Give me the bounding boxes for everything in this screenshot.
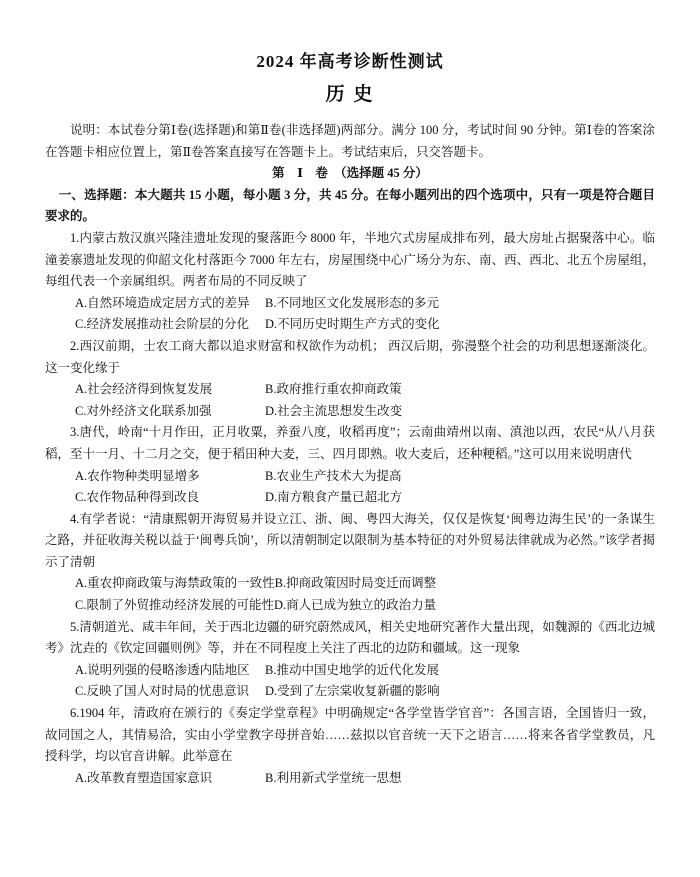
question-5-option-a: A.说明列强的侵略渗透内陆地区 bbox=[75, 660, 265, 682]
question-6-options: A.改革教育塑造国家意识B.利用新式学堂统一思想 bbox=[45, 768, 655, 790]
question-1: 1.内蒙古敖汉旗兴隆洼遗址发现的聚落距今 8000 年，半地穴式房屋成排布列，最… bbox=[45, 228, 655, 336]
question-4-option-d: D.商人已成为独立的政治力量 bbox=[274, 595, 436, 617]
option-row: C.反映了国人对时局的忧患意识D.受到了左宗棠收复新疆的影响 bbox=[75, 681, 655, 703]
question-6-option-a: A.改革教育塑造国家意识 bbox=[75, 768, 265, 790]
question-1-option-b: B.不同地区文化发展形态的多元 bbox=[265, 293, 439, 315]
question-5-option-b: B.推动中国史地学的近代化发展 bbox=[265, 660, 439, 682]
option-row: A.自然环境造成定居方式的差异B.不同地区文化发展形态的多元 bbox=[75, 293, 655, 315]
question-2-option-d: D.社会主流思想发生改变 bbox=[265, 401, 402, 423]
section-heading: 第 Ⅰ 卷 （选择题 45 分） bbox=[45, 163, 655, 185]
question-1-options: A.自然环境造成定居方式的差异B.不同地区文化发展形态的多元 C.经济发展推动社… bbox=[45, 293, 655, 336]
question-1-option-d: D.不同历史时期生产方式的变化 bbox=[265, 314, 440, 336]
option-row: C.对外经济文化联系加强D.社会主流思想发生改变 bbox=[75, 401, 655, 423]
option-row: A.改革教育塑造国家意识B.利用新式学堂统一思想 bbox=[75, 768, 655, 790]
question-4: 4.有学者说：“清康熙朝开海贸易并设立江、浙、闽、粤四大海关，仅仅是恢复‘闽粤边… bbox=[45, 509, 655, 617]
option-row: A.农作物种类明显增多B.农业生产技术大为提高 bbox=[75, 466, 655, 488]
question-4-option-b: B.抑商政策因时局变迁而调整 bbox=[275, 573, 436, 595]
question-1-option-c: C.经济发展推动社会阶层的分化 bbox=[75, 314, 265, 336]
exam-paper-page: 2024 年高考诊断性测试 历 史 说明：本试卷分第Ⅰ卷(选择题)和第Ⅱ卷(非选… bbox=[0, 0, 700, 877]
question-6-option-b: B.利用新式学堂统一思想 bbox=[265, 768, 401, 790]
question-3-options: A.农作物种类明显增多B.农业生产技术大为提高 C.农作物品种得到改良D.南方粮… bbox=[45, 466, 655, 509]
question-4-stem: 4.有学者说：“清康熙朝开海贸易并设立江、浙、闽、粤四大海关，仅仅是恢复‘闽粤边… bbox=[45, 509, 655, 574]
question-3-option-a: A.农作物种类明显增多 bbox=[75, 466, 265, 488]
exam-instructions: 说明：本试卷分第Ⅰ卷(选择题)和第Ⅱ卷(非选择题)两部分。满分 100 分，考试… bbox=[45, 120, 655, 163]
question-5-stem: 5.清朝道光、咸丰年间，关于西北边疆的研究蔚然成风，相关史地研究著作大量出现，如… bbox=[45, 617, 655, 660]
question-3-option-b: B.农业生产技术大为提高 bbox=[265, 466, 401, 488]
option-row: C.限制了外贸推动经济发展的可能性D.商人已成为独立的政治力量 bbox=[75, 595, 655, 617]
question-2-option-a: A.社会经济得到恢复发展 bbox=[75, 379, 265, 401]
question-5-option-d: D.受到了左宗棠收复新疆的影响 bbox=[265, 681, 440, 703]
question-5-option-c: C.反映了国人对时局的忧患意识 bbox=[75, 681, 265, 703]
question-4-option-c: C.限制了外贸推动经济发展的可能性 bbox=[75, 595, 274, 617]
question-2-stem: 2.西汉前期，士农工商大都以追求财富和权欲作为动机； 西汉后期，弥漫整个社会的功… bbox=[45, 336, 655, 379]
question-6: 6.1904 年，清政府在颁行的《奏定学堂章程》中明确规定“各学堂皆学官音”：各… bbox=[45, 703, 655, 789]
question-3-option-c: C.农作物品种得到改良 bbox=[75, 487, 265, 509]
section-intro: 一、选择题：本大题共 15 小题，每小题 3 分，共 45 分。在每小题列出的四… bbox=[45, 185, 655, 228]
page-title: 2024 年高考诊断性测试 bbox=[45, 50, 655, 74]
question-1-option-a: A.自然环境造成定居方式的差异 bbox=[75, 293, 265, 315]
question-2-options: A.社会经济得到恢复发展B.政府推行重农抑商政策 C.对外经济文化联系加强D.社… bbox=[45, 379, 655, 422]
question-3: 3.唐代，岭南“十月作田，正月收粟，养蚕八度，收稻再度”；云南曲靖州以南、滇池以… bbox=[45, 422, 655, 508]
question-3-stem: 3.唐代，岭南“十月作田，正月收粟，养蚕八度，收稻再度”；云南曲靖州以南、滇池以… bbox=[45, 422, 655, 465]
question-3-option-d: D.南方粮食产量已超北方 bbox=[265, 487, 402, 509]
question-4-options: A.重农抑商政策与海禁政策的一致性B.抑商政策因时局变迁而调整 C.限制了外贸推… bbox=[45, 573, 655, 616]
subject-title: 历 史 bbox=[45, 82, 655, 108]
question-2: 2.西汉前期，士农工商大都以追求财富和权欲作为动机； 西汉后期，弥漫整个社会的功… bbox=[45, 336, 655, 422]
question-6-stem: 6.1904 年，清政府在颁行的《奏定学堂章程》中明确规定“各学堂皆学官音”：各… bbox=[45, 703, 655, 768]
option-row: C.经济发展推动社会阶层的分化D.不同历史时期生产方式的变化 bbox=[75, 314, 655, 336]
question-2-option-c: C.对外经济文化联系加强 bbox=[75, 401, 265, 423]
option-row: C.农作物品种得到改良D.南方粮食产量已超北方 bbox=[75, 487, 655, 509]
option-row: A.说明列强的侵略渗透内陆地区B.推动中国史地学的近代化发展 bbox=[75, 660, 655, 682]
question-4-option-a: A.重农抑商政策与海禁政策的一致性 bbox=[75, 573, 275, 595]
option-row: A.重农抑商政策与海禁政策的一致性B.抑商政策因时局变迁而调整 bbox=[75, 573, 655, 595]
question-5-options: A.说明列强的侵略渗透内陆地区B.推动中国史地学的近代化发展 C.反映了国人对时… bbox=[45, 660, 655, 703]
question-2-option-b: B.政府推行重农抑商政策 bbox=[265, 379, 401, 401]
question-1-stem: 1.内蒙古敖汉旗兴隆洼遗址发现的聚落距今 8000 年，半地穴式房屋成排布列，最… bbox=[45, 228, 655, 293]
option-row: A.社会经济得到恢复发展B.政府推行重农抑商政策 bbox=[75, 379, 655, 401]
question-5: 5.清朝道光、咸丰年间，关于西北边疆的研究蔚然成风，相关史地研究著作大量出现，如… bbox=[45, 617, 655, 703]
